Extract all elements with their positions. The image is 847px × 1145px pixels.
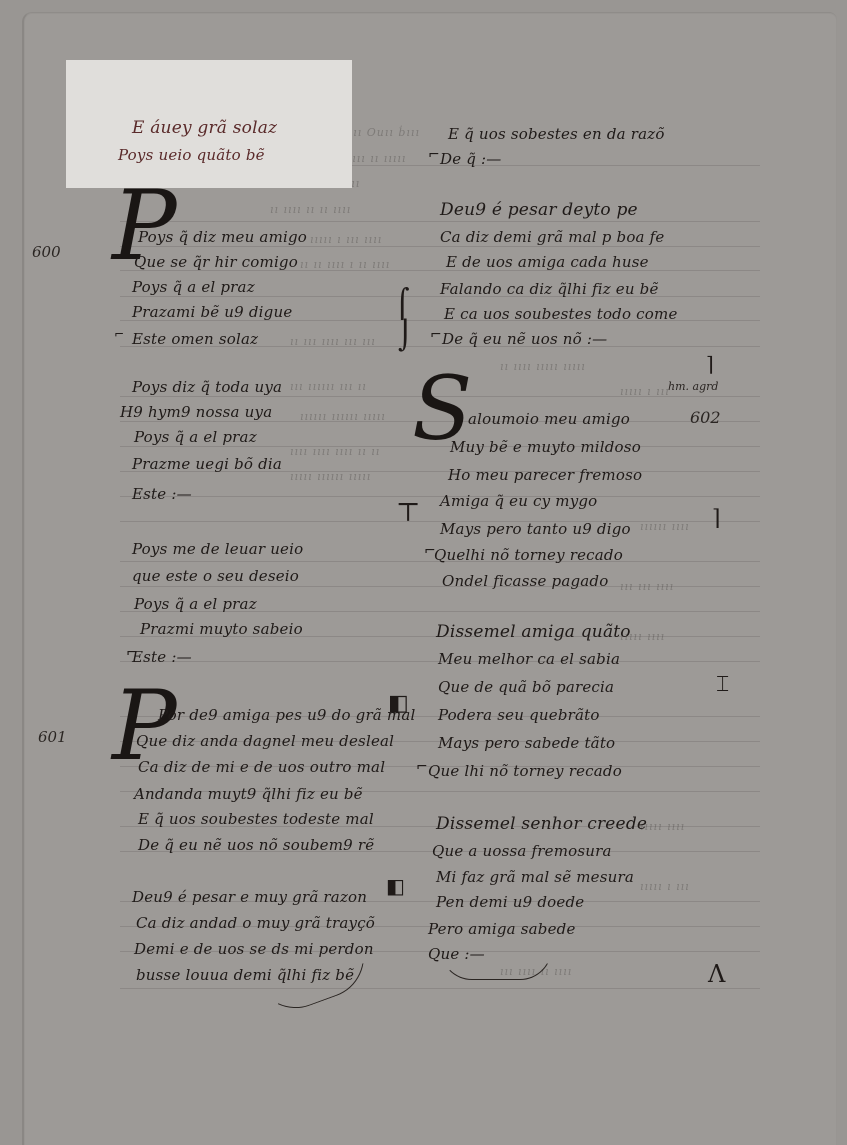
paragraph-mark: ⌐ (126, 646, 138, 660)
margin-number-602: 602 (690, 408, 721, 427)
margin-number-601: 601 (38, 728, 67, 746)
poem-line: E q̃ uos soubestes todeste mal (138, 810, 374, 828)
poem-line: De q̃ :— (440, 150, 502, 168)
poem-line: Ho meu parecer fremoso (448, 466, 642, 484)
poem-line: Poys q̃ a el praz (132, 278, 255, 296)
poem-line: De q̃ eu nẽ uos nõ :— (442, 330, 607, 348)
paragraph-mark: ⌐ (416, 760, 428, 774)
bracket-mark: ⊤ (396, 500, 420, 526)
bracket-mark: ◧ (386, 876, 405, 896)
bracket-mark: ◧ (388, 693, 409, 715)
paragraph-mark: ⌐ (114, 328, 124, 340)
poem-line: Andanda muyt9 q̃lhi fiz eu bẽ (134, 785, 363, 803)
paragraph-mark: ⌐ (424, 544, 436, 558)
poem-line: aloumoio meu amigo (468, 410, 630, 428)
margin-number-600: 600 (32, 243, 61, 261)
flourish (440, 948, 552, 980)
poem-line: Por de9 amiga pes u9 do grã mal (158, 706, 416, 724)
poem-line: Dissemel amiga quãto (436, 622, 631, 642)
poem-line: Poys q̃ diz meu amigo (138, 228, 307, 246)
poem-line: Ca diz demi grã mal p boa fe (440, 228, 664, 246)
highlighted-line-1: E áuey grã solaz (132, 118, 277, 138)
poem-line: Que a uossa fremosura (432, 842, 612, 860)
poem-line: Prazami bẽ u9 digue (132, 303, 292, 321)
poem-line: De q̃ eu nẽ uos nõ soubem9 rẽ (138, 836, 374, 854)
poem-line: Mays pero tanto u9 digo (440, 520, 631, 538)
poem-line: Deu9 é pesar deyto pe (440, 200, 638, 220)
margin-note: hm. agrd (668, 380, 718, 393)
bracket-mark: ⌡ (398, 322, 413, 350)
poem-line: Mays pero sabede tãto (438, 734, 615, 752)
catchword-mark: Λ (708, 962, 725, 986)
poem-line: Pero amiga sabede (428, 920, 576, 938)
poem-line: Este omen solaz (132, 330, 258, 348)
highlighted-line-2: Poys ueio quãto bẽ (118, 146, 265, 164)
poem-line: que este o seu deseio (132, 567, 299, 585)
poem-line: E ca uos soubestes todo come (444, 305, 678, 323)
poem-line: Ondel ficasse pagado (442, 572, 608, 590)
poem-line: Que de quã bõ parecia (438, 678, 614, 696)
margin-mark: ⌉ (706, 354, 714, 374)
poem-line: Dissemel senhor creede (436, 814, 647, 834)
poem-line: Podera seu quebrãto (438, 706, 600, 724)
margin-mark: ⌶ (716, 674, 729, 696)
poem-line: Poys me de leuar ueio (132, 540, 303, 558)
poem-line: Que diz anda dagnel meu desleal (136, 732, 394, 750)
poem-line: E de uos amiga cada huse (446, 253, 649, 271)
poem-line: Ca diz andad o muy grã trayçõ (136, 914, 375, 932)
poem-line: Amiga q̃ eu cy mygo (440, 492, 597, 510)
poem-line: Meu melhor ca el sabia (438, 650, 620, 668)
margin-mark: ⌉ (712, 508, 721, 530)
poem-line: E q̃ uos sobestes en da razõ (448, 125, 665, 143)
poem-line: Poys q̃ a el praz (134, 428, 257, 446)
poem-line: Que lhi nõ torney recado (428, 762, 622, 780)
poem-line: H9 hym9 nossa uya (120, 403, 272, 421)
poem-line: Prazmi muyto sabeio (140, 620, 303, 638)
poem-line: Prazme uegi bõ dia (132, 455, 282, 473)
paragraph-mark: ⌐ (428, 148, 440, 162)
poem-line: Este :— (132, 485, 192, 503)
poem-line: Quelhi nõ torney recado (434, 546, 623, 564)
poem-line: Este :— (132, 648, 192, 666)
poem-line: Que se q̃r hir comigo (134, 253, 298, 271)
poem-line: Deu9 é pesar e muy grã razon (132, 888, 367, 906)
poem-line: Poys diz q̃ toda uya (132, 378, 282, 396)
poem-line: Mi faz grã mal sẽ mesura (436, 868, 634, 886)
poem-line: Pen demi u9 doede (436, 893, 584, 911)
poem-line: Poys q̃ a el praz (134, 595, 257, 613)
paragraph-mark: ⌐ (430, 328, 442, 342)
poem-line: Falando ca diz q̃lhi fiz eu bẽ (440, 280, 659, 298)
poem-line: Muy bẽ e muyto mildoso (450, 438, 641, 456)
bracket-mark: ⌠ (395, 290, 410, 318)
poem-line: Ca diz de mi e de uos outro mal (138, 758, 385, 776)
